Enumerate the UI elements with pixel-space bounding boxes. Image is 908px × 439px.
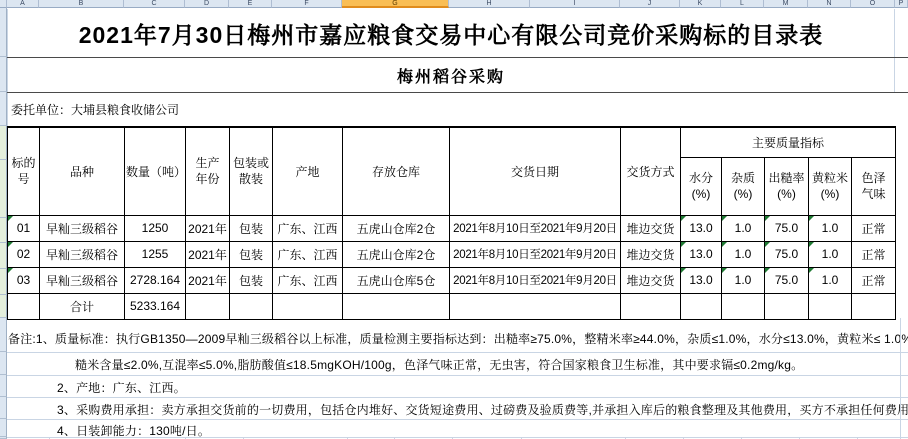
cell-flag-icon: [8, 216, 13, 221]
column-header-o[interactable]: O: [851, 0, 895, 8]
gridline: [7, 437, 908, 438]
cell-yellow-grain[interactable]: 1.0: [809, 215, 852, 241]
cell-empty[interactable]: [8, 293, 40, 319]
total-quantity-cell[interactable]: 5233.164: [125, 293, 186, 319]
header-production-year[interactable]: 生产 年份: [186, 127, 230, 215]
column-header-l[interactable]: L: [721, 0, 764, 8]
cell-empty[interactable]: [722, 293, 765, 319]
column-header-a[interactable]: A: [7, 0, 39, 8]
cell-empty[interactable]: [681, 293, 722, 319]
gridline: [7, 375, 908, 376]
consignor-cell[interactable]: 委托单位：大埔县粮食收储公司: [7, 93, 895, 126]
header-quality-group[interactable]: 主要质量指标: [681, 127, 896, 157]
row-gutter-note4[interactable]: [0, 397, 7, 419]
header-variety[interactable]: 品种: [40, 127, 125, 215]
cell-empty[interactable]: [809, 293, 852, 319]
row-gutter-row1[interactable]: [0, 218, 7, 243]
cell-origin[interactable]: 广东、江西: [273, 241, 343, 267]
column-strip-corner[interactable]: [0, 0, 7, 8]
cell-packing[interactable]: 包装: [230, 215, 273, 241]
header-packing[interactable]: 包装或 散装: [230, 127, 273, 215]
column-header-i[interactable]: I: [530, 0, 620, 8]
cell-quantity[interactable]: 2728.164: [125, 267, 186, 293]
cell-target-no[interactable]: 01: [8, 215, 40, 241]
column-header-k[interactable]: K: [680, 0, 721, 8]
cell-delivery-date[interactable]: 2021年8月10日至2021年9月20日: [450, 241, 621, 267]
cell-flag-icon: [681, 268, 686, 273]
cell-target-no[interactable]: 03: [8, 267, 40, 293]
cell-packing[interactable]: 包装: [230, 241, 273, 267]
header-origin[interactable]: 产地: [273, 127, 343, 215]
cell-empty[interactable]: [765, 293, 809, 319]
header-brown-rice-rate[interactable]: 出糙率 (%): [765, 157, 809, 215]
cell-delivery-method[interactable]: 堆边交货: [621, 267, 681, 293]
column-header-c[interactable]: C: [124, 0, 185, 8]
cell-yellow-grain[interactable]: 1.0: [809, 267, 852, 293]
cell-moisture[interactable]: 13.0: [681, 267, 722, 293]
header-target-no[interactable]: 标的 号: [8, 127, 40, 215]
table-total-row: 合计 5233.164: [8, 293, 896, 319]
cell-moisture[interactable]: 13.0: [681, 241, 722, 267]
cell-brown-rice-rate[interactable]: 75.0: [765, 241, 809, 267]
cell-variety[interactable]: 早籼三级稻谷: [40, 241, 125, 267]
cell-brown-rice-rate[interactable]: 75.0: [765, 215, 809, 241]
cell-origin[interactable]: 广东、江西: [273, 215, 343, 241]
cell-packing[interactable]: 包装: [230, 267, 273, 293]
cell-impurity[interactable]: 1.0: [722, 241, 765, 267]
row-gutter-header2[interactable]: [0, 160, 7, 218]
table-row-01: 01 早籼三级稻谷 1250 2021年 包装 广东、江西 五虎山仓库2仓 20…: [8, 215, 896, 241]
column-header-n[interactable]: N: [808, 0, 851, 8]
header-yellow-grain[interactable]: 黄粒米 (%): [809, 157, 852, 215]
cell-color-odor[interactable]: 正常: [852, 267, 896, 293]
cell-delivery-method[interactable]: 堆边交货: [621, 241, 681, 267]
gridline: [7, 397, 908, 398]
note-line-4[interactable]: 3、采购费用承担：卖方承担交货前的一切费用，包括仓内堆好、交货短途费用、过磅费及…: [57, 401, 908, 418]
cell-flag-icon: [722, 242, 727, 247]
cell-empty[interactable]: [273, 293, 343, 319]
cell-warehouse[interactable]: 五虎山仓库2仓: [343, 215, 450, 241]
row-gutter-total[interactable]: [0, 295, 7, 318]
page-subtitle: 梅州稻谷采购: [397, 64, 505, 87]
title-cell[interactable]: 2021年7月30日梅州市嘉应粮食交易中心有限公司竞价采购标的目录表: [7, 9, 895, 57]
header-delivery-method[interactable]: 交货方式: [621, 127, 681, 215]
row-gutter-note2[interactable]: [0, 352, 7, 375]
subtitle-cell[interactable]: 梅州稻谷采购: [7, 58, 895, 92]
column-header-d[interactable]: D: [185, 0, 229, 8]
header-color-odor[interactable]: 色泽 气味: [852, 157, 896, 215]
cell-color-odor[interactable]: 正常: [852, 241, 896, 267]
cell-impurity[interactable]: 1.0: [722, 215, 765, 241]
column-header-j[interactable]: J: [620, 0, 680, 8]
cell-moisture[interactable]: 13.0: [681, 215, 722, 241]
cell-warehouse[interactable]: 五虎山仓库5仓: [343, 267, 450, 293]
header-delivery-date[interactable]: 交货日期: [450, 127, 621, 215]
cell-variety[interactable]: 早籼三级稻谷: [40, 215, 125, 241]
procurement-table: 标的 号 品种 数量（吨） 生产 年份 包装或 散装 产地 存放仓库 交货日期 …: [7, 126, 896, 320]
row-gutter-row3[interactable]: [0, 269, 7, 295]
row-gutter-header1[interactable]: [0, 126, 7, 160]
cell-empty[interactable]: [852, 293, 896, 319]
cell-origin[interactable]: 广东、江西: [273, 267, 343, 293]
total-label-cell[interactable]: 合计: [40, 293, 125, 319]
cell-flag-icon: [722, 216, 727, 221]
cell-delivery-date[interactable]: 2021年8月10日至2021年9月20日: [450, 267, 621, 293]
gridline: [7, 419, 908, 420]
cell-flag-icon: [809, 216, 814, 221]
cell-target-no[interactable]: 02: [8, 241, 40, 267]
cell-delivery-date[interactable]: 2021年8月10日至2021年9月20日: [450, 215, 621, 241]
cell-flag-icon: [722, 268, 727, 273]
cell-flag-icon: [809, 242, 814, 247]
page-title: 2021年7月30日梅州市嘉应粮食交易中心有限公司竞价采购标的目录表: [79, 17, 824, 50]
note-line-1[interactable]: 备注:1、质量标准：执行GB1350—2009早籼三级稻谷以上标准，质量检测主要…: [8, 330, 908, 347]
row-gutter-note3[interactable]: [0, 375, 7, 397]
gridline: [900, 318, 901, 439]
cell-variety[interactable]: 早籼三级稻谷: [40, 267, 125, 293]
note-line-2[interactable]: 糙米含量≤2.0%,互混率≤5.0%,脂肪酸值≤18.5mgKOH/100g，色…: [75, 356, 803, 373]
note-line-3[interactable]: 2、产地：广东、江西。: [57, 379, 186, 396]
cell-impurity[interactable]: 1.0: [722, 267, 765, 293]
cell-flag-icon: [765, 242, 770, 247]
column-header-e[interactable]: E: [229, 0, 272, 8]
cell-delivery-method[interactable]: 堆边交货: [621, 215, 681, 241]
consignor-label: 委托单位：大埔县粮食收储公司: [11, 101, 179, 118]
row-gutter-note5[interactable]: [0, 419, 7, 437]
cell-flag-icon: [765, 216, 770, 221]
header-moisture[interactable]: 水分 (%): [681, 157, 722, 215]
column-header-b[interactable]: B: [39, 0, 124, 8]
column-header-h[interactable]: H: [449, 0, 530, 8]
cell-production-year[interactable]: 2021年: [186, 241, 230, 267]
column-header-p[interactable]: P: [895, 0, 908, 8]
column-header-m[interactable]: M: [764, 0, 808, 8]
row-gutter-note1[interactable]: [0, 318, 7, 352]
cell-flag-icon: [8, 242, 13, 247]
cell-flag-icon: [681, 242, 686, 247]
row-gutter-subtitle[interactable]: [0, 57, 7, 92]
cell-warehouse[interactable]: 五虎山仓库2仓: [343, 241, 450, 267]
cell-yellow-grain[interactable]: 1.0: [809, 241, 852, 267]
cell-production-year[interactable]: 2021年: [186, 215, 230, 241]
cell-empty[interactable]: [186, 293, 230, 319]
table-row-03: 03 早籼三级稻谷 2728.164 2021年 包装 广东、江西 五虎山仓库5…: [8, 267, 896, 293]
cell-brown-rice-rate[interactable]: 75.0: [765, 267, 809, 293]
cell-empty[interactable]: [621, 293, 681, 319]
table-header-row-1: 标的 号 品种 数量（吨） 生产 年份 包装或 散装 产地 存放仓库 交货日期 …: [8, 127, 896, 157]
cell-empty[interactable]: [230, 293, 273, 319]
header-warehouse[interactable]: 存放仓库: [343, 127, 450, 215]
column-header-g-selected[interactable]: G: [342, 0, 449, 8]
cell-quantity[interactable]: 1250: [125, 215, 186, 241]
row-gutter-row2[interactable]: [0, 243, 7, 269]
row-gutter-title[interactable]: [0, 8, 7, 57]
cell-flag-icon: [765, 268, 770, 273]
row-gutter-consignor[interactable]: [0, 92, 7, 126]
cell-flag-icon: [809, 268, 814, 273]
cell-production-year[interactable]: 2021年: [186, 267, 230, 293]
header-impurity[interactable]: 杂质 (%): [722, 157, 765, 215]
column-header-f[interactable]: F: [272, 0, 342, 8]
cell-empty[interactable]: [343, 293, 450, 319]
cell-empty[interactable]: [450, 293, 621, 319]
spreadsheet-screen: A B C D E F G H I J K L M N O P 2021年7月3…: [0, 0, 908, 439]
table-row-02: 02 早籼三级稻谷 1255 2021年 包装 广东、江西 五虎山仓库2仓 20…: [8, 241, 896, 267]
cell-flag-icon: [8, 268, 13, 273]
cell-quantity[interactable]: 1255: [125, 241, 186, 267]
cell-color-odor[interactable]: 正常: [852, 215, 896, 241]
cell-flag-icon: [681, 216, 686, 221]
header-quantity[interactable]: 数量（吨）: [125, 127, 186, 215]
gridline: [7, 352, 908, 353]
